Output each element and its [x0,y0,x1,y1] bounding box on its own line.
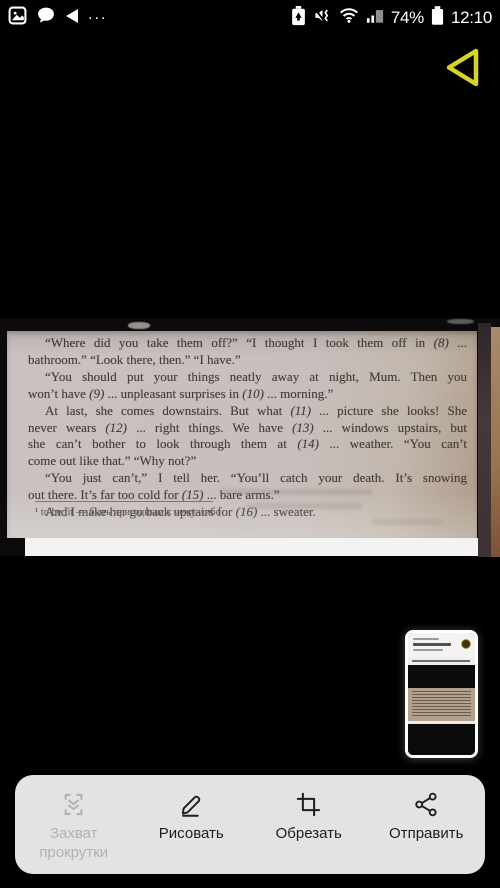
book-page: “Where did you take them off?” “I though… [7,331,477,538]
back-triangle-icon [65,8,79,29]
yellow-back-triangle-icon[interactable] [444,46,480,90]
draw-button[interactable]: Рисовать [133,789,251,843]
book-line: come out like that.” “Why not?” [28,453,467,470]
thumbnail-avatar [461,639,471,649]
thumbnail-text-line [413,649,443,651]
book-text: “Where did you take them off?” “I though… [28,335,467,521]
battery-icon [431,6,444,30]
signal-icon [366,7,384,29]
thumbnail-text-row [408,658,475,665]
scroll-capture-button[interactable]: Захват прокрутки [15,789,133,862]
thumbnail-black-band [408,724,475,758]
footnote-rule [35,501,213,502]
thumbnail-page-block [408,688,475,721]
book-line: never wears (12) ... right things. We ha… [28,420,467,437]
crop-icon [295,789,322,819]
thumbnail-black-band [408,665,475,688]
more-notifications-icon: ... [88,11,107,19]
scroll-capture-icon [60,789,87,819]
footnote: ¹ to be fit — быть пригодным к чему-либо [35,507,221,518]
share-label: Отправить [389,824,463,843]
screenshot-thumbnail[interactable] [405,630,478,758]
status-bar-right: 74% 12:10 [291,6,492,31]
scroll-capture-label: Захват прокрутки [28,824,120,862]
book-line: out there. It’s far too cold for (15) ..… [28,487,467,504]
photo-white-strip [25,538,478,556]
message-icon [36,6,56,30]
book-page-edge [478,323,491,557]
book-line: she can’t bother to look through them at… [28,436,467,453]
crop-button[interactable]: Обрезать [250,789,368,843]
book-cover-edge [491,327,500,557]
book-line: “You should put your things neatly away … [28,369,467,386]
status-bar-left: ... [8,6,107,30]
draw-label: Рисовать [159,824,224,843]
mute-vibrate-icon [313,6,332,30]
thumbnail-text-line [413,643,451,646]
screenshot-editor-screen: ... 74% 12:10 [0,0,500,888]
page-showthrough [372,519,442,525]
battery-saver-icon [291,6,306,31]
share-icon [413,789,440,819]
book-line: won’t have (9) ... unpleasant surprises … [28,386,467,403]
draw-icon [178,789,205,819]
book-line: At last, she comes downstairs. But what … [28,403,467,420]
thumbnail-header [408,633,475,658]
photo-artifact [128,322,150,329]
book-line: bathroom.” “Look there, then.” “I have.” [28,352,467,369]
status-bar: ... 74% 12:10 [0,0,500,36]
photo-artifact [447,319,474,324]
book-line: “You just can’t,” I tell her. “You’ll ca… [28,470,467,487]
crop-label: Обрезать [276,824,342,843]
wifi-icon [339,7,359,30]
share-button[interactable]: Отправить [368,789,486,843]
page-showthrough [222,489,372,495]
gallery-icon [8,6,27,30]
page-showthrough [247,503,362,509]
book-line: “Where did you take them off?” “I though… [28,335,467,352]
capture-toolbar: Захват прокрутки Рисовать Обрезать [15,775,485,874]
battery-percent: 74% [391,8,424,28]
screenshot-photo-canvas: “Where did you take them off?” “I though… [0,318,500,556]
thumbnail-text-line [413,638,439,640]
clock: 12:10 [451,8,492,28]
book-line: And I make her go back upstairs for (16)… [28,504,467,521]
